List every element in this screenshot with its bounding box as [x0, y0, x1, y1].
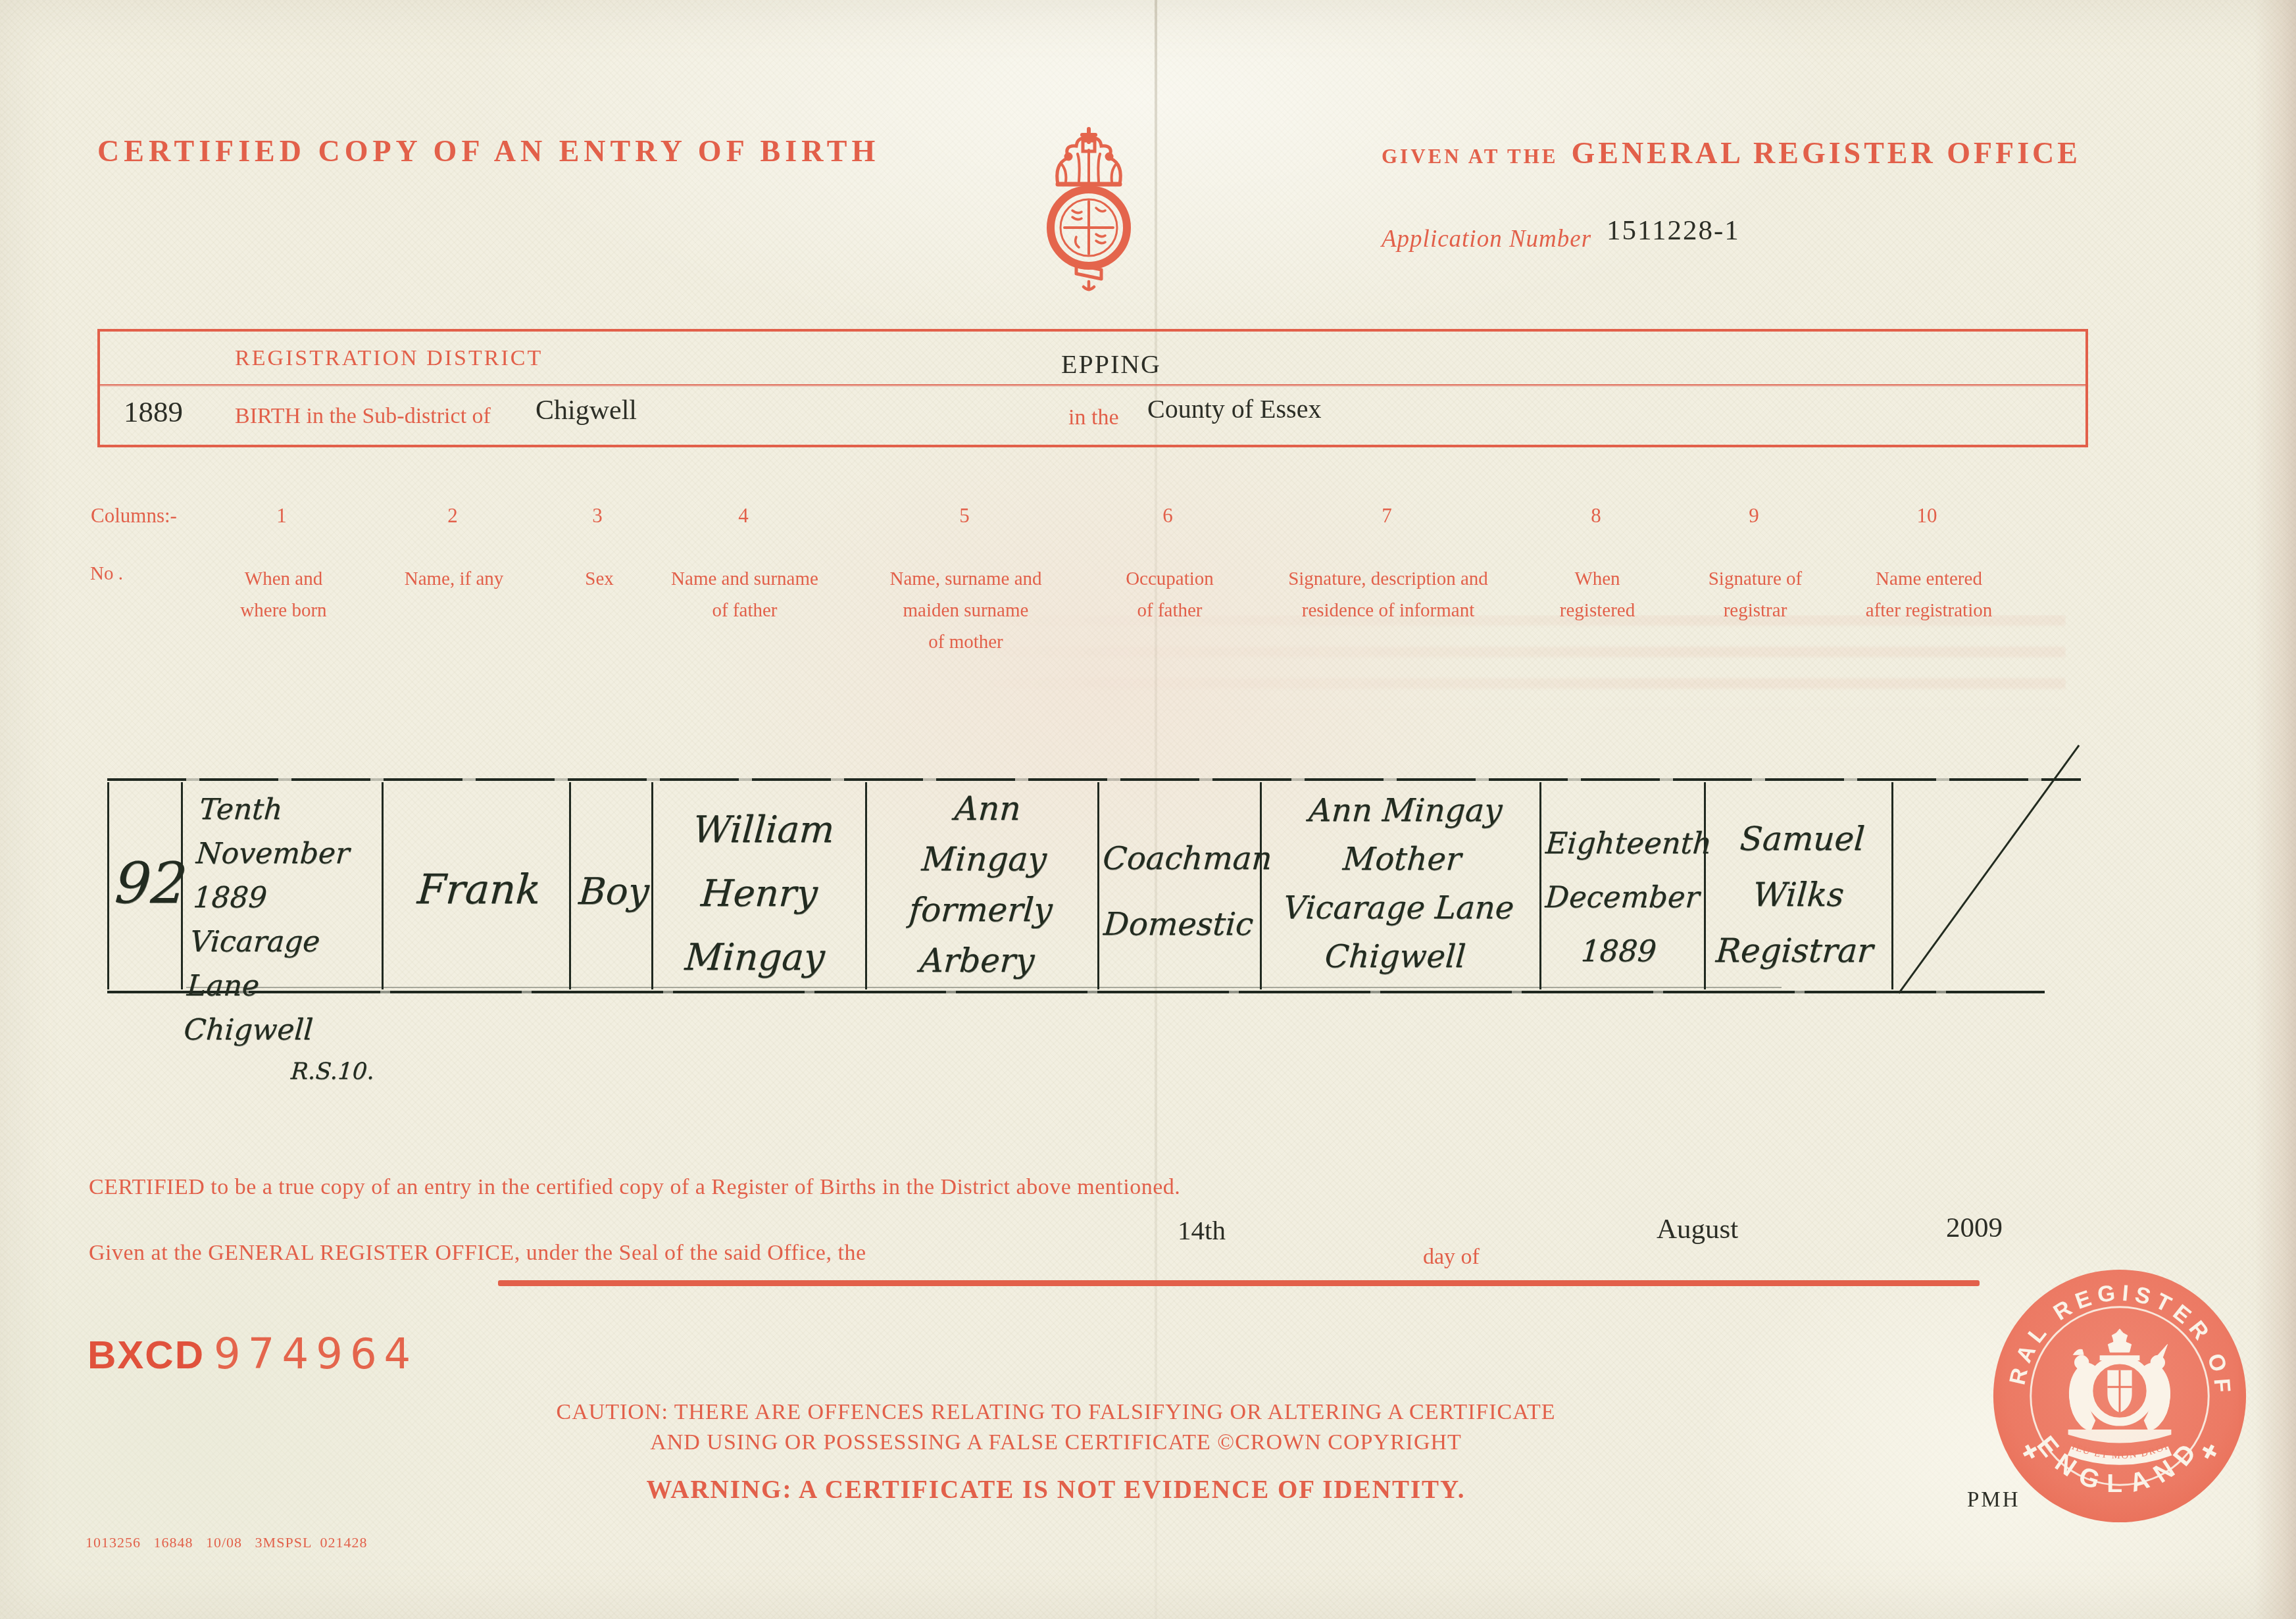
- entry-when-registered: Eighteenth December 1889: [1533, 778, 1712, 1030]
- entry-number: 92: [103, 778, 191, 1064]
- birth-certificate-document: CERTIFIED COPY OF AN ENTRY OF BIRTH GIVE…: [0, 0, 2296, 1619]
- registration-district-label: REGISTRATION DISTRICT: [235, 346, 543, 371]
- entry-father-occupation: Coachman Domestic: [1090, 778, 1269, 1039]
- notices-block: CAUTION: THERE ARE OFFENCES RELATING TO …: [388, 1397, 1724, 1505]
- header-right: GIVEN AT THE GENERAL REGISTER OFFICE: [1382, 136, 2081, 170]
- column-number-9: 9: [1728, 504, 1780, 528]
- birth-subdistrict-label: BIRTH in the Sub-district of: [235, 404, 491, 429]
- office-title: GENERAL REGISTER OFFICE: [1572, 136, 2081, 170]
- column-number-3: 3: [571, 504, 624, 528]
- issue-year: 2009: [1946, 1212, 2003, 1244]
- entry-name: Frank: [373, 778, 580, 1079]
- columns-label: Columns:-: [91, 504, 177, 528]
- register-entry-table: 92 Tenth November 1889 Vicarage Lane Chi…: [107, 778, 2045, 992]
- caution-line-2: AND USING OR POSSESSING A FALSE CERTIFIC…: [388, 1428, 1724, 1458]
- ink-bleed-through: [954, 615, 2066, 710]
- entry-when-where-born: Tenth November 1889 Vicarage Lane Chigwe…: [178, 778, 399, 992]
- table-left-border: [107, 782, 109, 989]
- column-number-7: 7: [1360, 504, 1413, 528]
- signature-rule-line: [498, 1280, 1980, 1286]
- register-year: 1889: [124, 395, 183, 429]
- entry-registrar-signature: Samuel Wilks Registrar: [1697, 778, 1899, 1025]
- entry-mother-name: Ann Mingay formerly Arbery: [859, 778, 1105, 997]
- serial-prefix: BXCD: [87, 1332, 205, 1378]
- subdistrict-value: Chigwell: [536, 395, 637, 426]
- no-column-label: No .: [90, 563, 123, 585]
- given-at-label: GIVEN AT THE: [1382, 145, 1559, 168]
- column-number-4: 4: [717, 504, 770, 528]
- column-number-8: 8: [1570, 504, 1622, 528]
- day-of-label: day of: [1423, 1245, 1480, 1270]
- page-title: CERTIFIED COPY OF AN ENTRY OF BIRTH: [97, 134, 880, 168]
- column-number-10: 10: [1901, 504, 1953, 528]
- issue-day: 14th: [1178, 1214, 1226, 1246]
- certificate-serial: BXCD 974964: [87, 1330, 418, 1379]
- column-number-6: 6: [1141, 504, 1194, 528]
- gro-seal: GENERAL REGISTER OFFICE ENGLAND ✚ ✚ DIEU…: [1991, 1267, 2249, 1525]
- col10-strike-line: [1898, 745, 2080, 994]
- warning-line: WARNING: A CERTIFICATE IS NOT EVIDENCE O…: [388, 1475, 1724, 1505]
- application-number-value: 1511228-1: [1607, 214, 1740, 247]
- entry-informant: Ann Mingay Mother Vicarage Lane Chigwell: [1254, 778, 1546, 1000]
- print-code: 1013256 16848 10/08 3MSPSL 021428: [86, 1534, 368, 1551]
- given-statement: Given at the GENERAL REGISTER OFFICE, un…: [89, 1241, 866, 1266]
- column-number-5: 5: [938, 504, 991, 528]
- county-value: County of Essex: [1147, 393, 1321, 424]
- district-box-row2: 1889 BIRTH in the Sub-district of Chigwe…: [100, 389, 2085, 445]
- caution-line-1: CAUTION: THERE ARE OFFENCES RELATING TO …: [388, 1397, 1724, 1428]
- serial-number: 974964: [214, 1330, 418, 1379]
- column-number-1: 1: [255, 504, 308, 528]
- application-number-label: Application Number: [1382, 225, 1591, 253]
- issue-month: August: [1657, 1213, 1738, 1245]
- entry-father-name: William Henry Mingay: [645, 778, 874, 1012]
- column-title-10: Name enteredafter registration: [1784, 563, 2074, 626]
- in-the-label: in the: [1068, 405, 1118, 430]
- registration-district-value: EPPING: [1012, 349, 1210, 380]
- certified-statement: CERTIFIED to be a true copy of an entry …: [89, 1175, 1180, 1200]
- royal-arms-crest-icon: [1038, 124, 1139, 293]
- column-number-2: 2: [426, 504, 479, 528]
- district-box-divider: [100, 384, 2085, 386]
- registration-district-box: REGISTRATION DISTRICT EPPING 1889 BIRTH …: [97, 329, 2088, 447]
